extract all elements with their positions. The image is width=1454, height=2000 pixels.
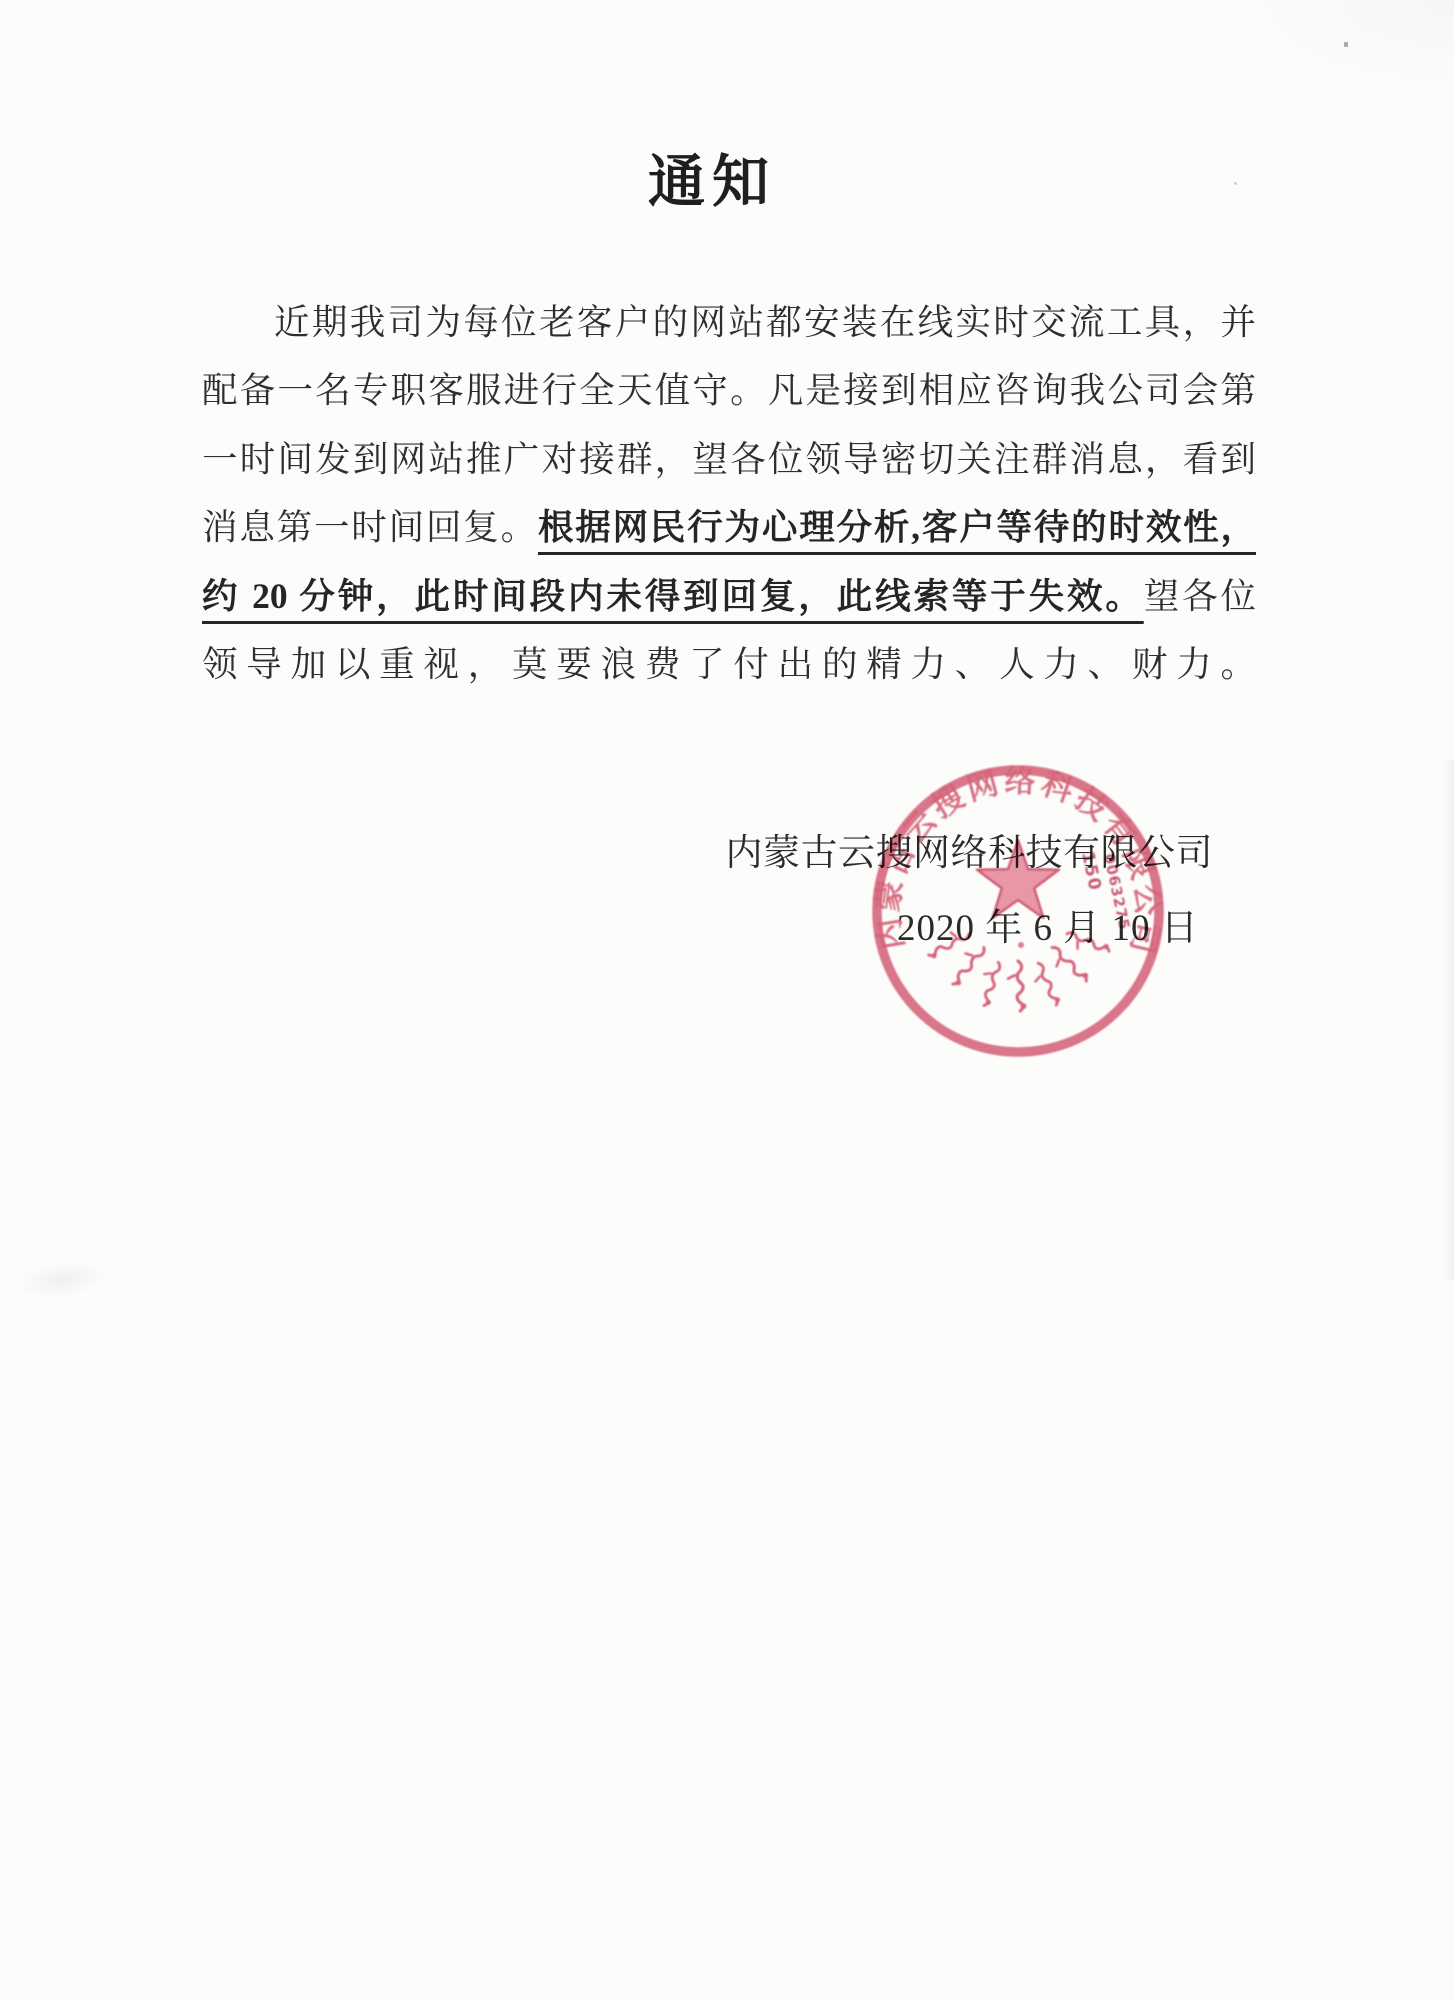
- body-line-4: 消息第一时间回复。根据网民行为心理分析,客户等待的时效性，: [202, 493, 1256, 561]
- body-text-emphasis-segment: 根据网民行为心理分析,客户等待的时效性，: [538, 507, 1256, 547]
- document-title: 通知: [0, 136, 1424, 218]
- body-text-emphasis-segment: 约 20 分钟，此时间段内未得到回复，此线索等于失效。: [202, 576, 1144, 616]
- body-line-1: 近期我司为每位老客户的网站都安装在线实时交流工具，并: [202, 288, 1256, 356]
- body-line-6: 领导加以重视，莫要浪费了付出的精力、人力、财力。: [202, 630, 1256, 698]
- body-line-3: 一时间发到网站推广对接群，望各位领导密切关注群消息，看到: [202, 425, 1256, 493]
- body-text-segment: 一时间发到网站推广对接群，望各位领导密切关注群消息，看到: [202, 439, 1256, 479]
- notice-body: 近期我司为每位老客户的网站都安装在线实时交流工具，并 配备一名专职客服进行全天值…: [202, 288, 1256, 698]
- scanned-notice-document: 通知 近期我司为每位老客户的网站都安装在线实时交流工具，并 配备一名专职客服进行…: [0, 0, 1454, 2000]
- scan-artifact: [1440, 760, 1454, 1280]
- body-text-segment: 领导加以重视，莫要浪费了付出的精力、人力、财力。: [202, 644, 1256, 684]
- body-text-segment: 消息第一时间回复。: [202, 507, 538, 547]
- company-seal-stamp: 内蒙古云搜网络科技有限公司 150 0063275: [856, 749, 1180, 1073]
- scan-artifact: [1234, 0, 1454, 90]
- body-line-5: 约 20 分钟，此时间段内未得到回复，此线索等于失效。望各位: [202, 562, 1256, 630]
- body-line-2: 配备一名专职客服进行全天值守。凡是接到相应咨询我公司会第: [202, 356, 1256, 424]
- scan-artifact: [1344, 42, 1348, 47]
- seal-center-dot: [1018, 942, 1024, 948]
- body-text-segment: 近期我司为每位老客户的网站都安装在线实时交流工具，并: [274, 302, 1256, 342]
- body-text-segment: 配备一名专职客服进行全天值守。凡是接到相应咨询我公司会第: [202, 370, 1256, 410]
- body-text-segment: 望各位: [1144, 576, 1256, 616]
- seal-star-icon: [977, 840, 1059, 918]
- scan-artifact: [16, 1256, 110, 1304]
